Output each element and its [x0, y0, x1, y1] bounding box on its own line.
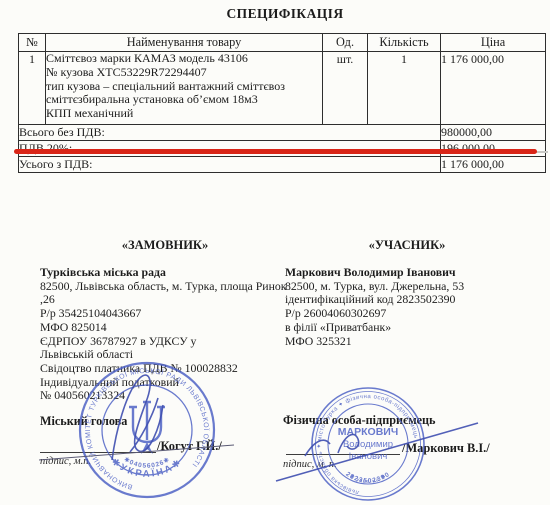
col-header-price: Ціна — [441, 34, 546, 52]
subtotal-label: Всього без ПДВ: — [19, 125, 441, 141]
customer-detail-line: ,26 — [40, 293, 294, 307]
customer-heading: «ЗАМОВНИК» — [40, 238, 290, 253]
item-description-line: сміттєзбиральна установка об’ємом 18м3 — [46, 93, 322, 107]
participant-heading: «УЧАСНИК» — [300, 238, 514, 253]
customer-detail-line: Р/р 35425104043667 — [40, 307, 294, 321]
participant-detail-line: Р/р 26004060302697 — [285, 307, 547, 321]
trident-icon — [129, 402, 165, 454]
grand-total-value: 1 176 000,00 — [441, 157, 546, 173]
stamp-center-patronymic: Іванович — [349, 451, 388, 462]
item-number: 1 — [19, 52, 46, 125]
col-header-number: № — [19, 34, 46, 52]
item-unit: шт. — [323, 52, 368, 125]
participant-detail-line: МФО 325321 — [285, 335, 547, 349]
item-price: 1 176 000,00 — [441, 52, 546, 125]
participant-details: Маркович Володимир Іванович 82500, м. Ту… — [285, 266, 547, 348]
col-header-unit: Од. — [323, 34, 368, 52]
item-description-line: № кузова ХТС53229R72294407 — [46, 66, 322, 80]
customer-detail-line: ЄДРПОУ 36787927 в УДКСУ у — [40, 335, 294, 349]
item-description-line: КПП механічний — [46, 107, 322, 121]
item-description-line: тип кузова – спеціальний вантажний смітт… — [46, 80, 322, 94]
customer-detail-line: МФО 825014 — [40, 321, 294, 335]
stamp-center-firstname: Володимир — [343, 439, 393, 450]
participant-detail-line: в філії «Приватбанк» — [285, 321, 547, 335]
table-row: 1 Сміттєвоз марки КАМАЗ модель 43106 № к… — [19, 52, 546, 125]
scanned-specification-document: { "title": "СПЕЦИФІКАЦІЯ", "colors": { "… — [0, 0, 550, 505]
item-quantity: 1 — [368, 52, 441, 125]
red-highlight-underline — [14, 149, 537, 154]
item-description: Сміттєвоз марки КАМАЗ модель 43106 № куз… — [46, 52, 323, 125]
participant-round-stamp: львівська область ✦ місто Турка ✦ фізичн… — [306, 383, 430, 505]
total-row-grand: Усього з ПДВ: 1 176 000,00 — [19, 157, 546, 173]
customer-round-stamp: ВИКОНАВЧИЙ КОМІТЕТ ТУРКІВСЬКОЇ МІСЬКОЇ Р… — [62, 352, 232, 505]
participant-detail-line: 82500, м. Турка, вул. Джерельна, 53 — [285, 280, 547, 294]
grand-total-label: Усього з ПДВ: — [19, 157, 441, 173]
participant-name: Маркович Володимир Іванович — [285, 266, 547, 280]
subtotal-value: 980000,00 — [441, 125, 546, 141]
stamp-center-surname: МАРКОВИЧ — [338, 426, 398, 438]
col-header-item-name: Найменування товару — [46, 34, 323, 52]
stamp-country-text: ✱УКРАЇНА✱ — [109, 456, 185, 479]
document-title: СПЕЦИФІКАЦІЯ — [20, 6, 550, 22]
table-header-row: № Найменування товару Од. Кількість Ціна — [19, 34, 546, 52]
customer-name: Турківська міська рада — [40, 266, 294, 280]
participant-detail-line: ідентифікаційний код 2823502390 — [285, 293, 547, 307]
total-row-subtotal: Всього без ПДВ: 980000,00 — [19, 125, 546, 141]
customer-detail-line: 82500, Львівська область, м. Турка, площ… — [40, 280, 294, 294]
col-header-quantity: Кількість — [368, 34, 441, 52]
item-description-line: Сміттєвоз марки КАМАЗ модель 43106 — [46, 52, 322, 66]
